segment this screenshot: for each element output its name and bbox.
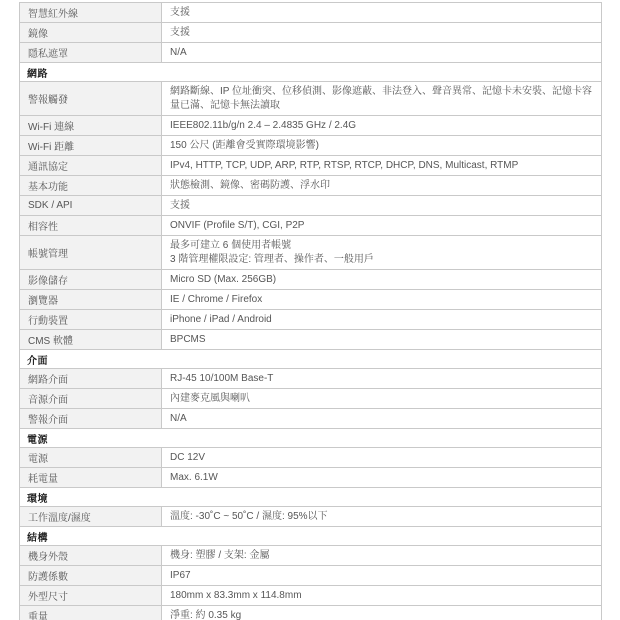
spec-value-line: 網路斷線、IP 位址衝突、位移偵測、影像遮蔽、非法登入、聲音異常、記憶卡未安裝、…: [170, 85, 593, 112]
spec-value-line: 支援: [170, 26, 593, 40]
spec-value: Max. 6.1W: [162, 468, 601, 487]
spec-value-line: 狀態檢測、鏡像、密碼防護、浮水印: [170, 179, 593, 193]
spec-value: RJ-45 10/100M Base-T: [162, 369, 601, 388]
spec-row: 帳號管理 最多可建立 6 個使用者帳號3 階管理權限設定: 管理者、操作者、一般…: [20, 236, 601, 270]
spec-value: IP67: [162, 566, 601, 585]
spec-value-line: 機身: 塑膠 / 支架: 金屬: [170, 549, 593, 563]
spec-label: 防護係數: [20, 566, 162, 585]
spec-value: ONVIF (Profile S/T), CGI, P2P: [162, 216, 601, 235]
spec-row: 警報介面 N/A: [20, 409, 601, 429]
spec-label: 重量: [20, 606, 162, 620]
spec-value-line: 溫度: -30˚C ~ 50˚C / 濕度: 95%以下: [170, 510, 593, 524]
spec-value-line: 150 公尺 (距離會受實際環境影響): [170, 139, 593, 153]
spec-value-line: IEEE802.11b/g/n 2.4 – 2.4835 GHz / 2.4G: [170, 119, 593, 133]
spec-label: 影像儲存: [20, 270, 162, 289]
spec-value: 內建麥克風與喇叭: [162, 389, 601, 408]
spec-value: 支援: [162, 196, 601, 215]
spec-value-line: 支援: [170, 199, 593, 213]
spec-value-line: 最多可建立 6 個使用者帳號: [170, 239, 593, 253]
spec-value: 狀態檢測、鏡像、密碼防護、浮水印: [162, 176, 601, 195]
spec-row: 重量 淨重: 約 0.35 kg: [20, 606, 601, 620]
spec-label: 相容性: [20, 216, 162, 235]
spec-label: 耗電量: [20, 468, 162, 487]
spec-value-line: BPCMS: [170, 333, 593, 347]
spec-row: 防護係數 IP67: [20, 566, 601, 586]
spec-value: 180mm x 83.3mm x 114.8mm: [162, 586, 601, 605]
spec-value: 最多可建立 6 個使用者帳號3 階管理權限設定: 管理者、操作者、一般用戶: [162, 236, 601, 269]
spec-value: 機身: 塑膠 / 支架: 金屬: [162, 546, 601, 565]
spec-label: 智慧紅外線: [20, 3, 162, 22]
spec-label: 隱私遮罩: [20, 43, 162, 62]
spec-label: 機身外殼: [20, 546, 162, 565]
spec-value: N/A: [162, 43, 601, 62]
spec-value-line: 180mm x 83.3mm x 114.8mm: [170, 589, 593, 603]
spec-row: 基本功能 狀態檢測、鏡像、密碼防護、浮水印: [20, 176, 601, 196]
spec-label: Wi-Fi 連線: [20, 116, 162, 135]
spec-section-row: 電源: [20, 429, 601, 448]
spec-page: 智慧紅外線 支援 鏡像 支援 隱私遮罩 N/A 網路 警報觸發 網路斷線、IP …: [0, 0, 620, 620]
spec-section-title: 結構: [27, 529, 48, 544]
spec-label: 瀏覽器: [20, 290, 162, 309]
spec-label: CMS 軟體: [20, 330, 162, 349]
spec-label: 工作溫度/濕度: [20, 507, 162, 526]
spec-section-row: 環境: [20, 488, 601, 507]
spec-label: 警報觸發: [20, 82, 162, 115]
spec-label: 行動裝置: [20, 310, 162, 329]
spec-row: 警報觸發 網路斷線、IP 位址衝突、位移偵測、影像遮蔽、非法登入、聲音異常、記憶…: [20, 82, 601, 116]
spec-row: Wi-Fi 連線 IEEE802.11b/g/n 2.4 – 2.4835 GH…: [20, 116, 601, 136]
spec-row: 機身外殼 機身: 塑膠 / 支架: 金屬: [20, 546, 601, 566]
spec-section-row: 網路: [20, 63, 601, 82]
spec-label: 電源: [20, 448, 162, 467]
spec-value-line: 3 階管理權限設定: 管理者、操作者、一般用戶: [170, 253, 593, 267]
spec-value: 支援: [162, 3, 601, 22]
spec-value: 溫度: -30˚C ~ 50˚C / 濕度: 95%以下: [162, 507, 601, 526]
spec-label: 外型尺寸: [20, 586, 162, 605]
spec-row: 行動裝置 iPhone / iPad / Android: [20, 310, 601, 330]
spec-value: iPhone / iPad / Android: [162, 310, 601, 329]
spec-value-line: N/A: [170, 412, 593, 426]
spec-label: Wi-Fi 距離: [20, 136, 162, 155]
spec-label: SDK / API: [20, 196, 162, 215]
spec-row: Wi-Fi 距離 150 公尺 (距離會受實際環境影響): [20, 136, 601, 156]
spec-value-line: Max. 6.1W: [170, 471, 593, 485]
spec-row: 智慧紅外線 支援: [20, 3, 601, 23]
spec-label: 網路介面: [20, 369, 162, 388]
spec-section-title: 電源: [27, 431, 48, 446]
spec-value-line: 內建麥克風與喇叭: [170, 392, 593, 406]
spec-label: 通訊協定: [20, 156, 162, 175]
spec-row: 鏡像 支援: [20, 23, 601, 43]
spec-value-line: DC 12V: [170, 451, 593, 465]
spec-row: CMS 軟體 BPCMS: [20, 330, 601, 350]
spec-value: 淨重: 約 0.35 kg: [162, 606, 601, 620]
spec-label: 帳號管理: [20, 236, 162, 269]
spec-value: IEEE802.11b/g/n 2.4 – 2.4835 GHz / 2.4G: [162, 116, 601, 135]
spec-value-line: RJ-45 10/100M Base-T: [170, 372, 593, 386]
spec-value: BPCMS: [162, 330, 601, 349]
spec-row: SDK / API 支援: [20, 196, 601, 216]
spec-row: 通訊協定 IPv4, HTTP, TCP, UDP, ARP, RTP, RTS…: [20, 156, 601, 176]
spec-value: IE / Chrome / Firefox: [162, 290, 601, 309]
spec-value-line: N/A: [170, 46, 593, 60]
spec-value-line: IE / Chrome / Firefox: [170, 293, 593, 307]
spec-label: 音源介面: [20, 389, 162, 408]
spec-row: 耗電量 Max. 6.1W: [20, 468, 601, 488]
spec-value: DC 12V: [162, 448, 601, 467]
spec-row: 網路介面 RJ-45 10/100M Base-T: [20, 369, 601, 389]
spec-section-title: 網路: [27, 65, 48, 80]
spec-value: 150 公尺 (距離會受實際環境影響): [162, 136, 601, 155]
spec-label: 基本功能: [20, 176, 162, 195]
spec-value: 網路斷線、IP 位址衝突、位移偵測、影像遮蔽、非法登入、聲音異常、記憶卡未安裝、…: [162, 82, 601, 115]
spec-section-row: 介面: [20, 350, 601, 369]
spec-value-line: 支援: [170, 6, 593, 20]
spec-section-title: 環境: [27, 490, 48, 505]
spec-value-line: Micro SD (Max. 256GB): [170, 273, 593, 287]
spec-row: 工作溫度/濕度 溫度: -30˚C ~ 50˚C / 濕度: 95%以下: [20, 507, 601, 527]
spec-row: 外型尺寸 180mm x 83.3mm x 114.8mm: [20, 586, 601, 606]
spec-value: Micro SD (Max. 256GB): [162, 270, 601, 289]
spec-row: 隱私遮罩 N/A: [20, 43, 601, 63]
spec-row: 音源介面 內建麥克風與喇叭: [20, 389, 601, 409]
spec-section-row: 結構: [20, 527, 601, 546]
spec-row: 影像儲存 Micro SD (Max. 256GB): [20, 270, 601, 290]
spec-row: 相容性 ONVIF (Profile S/T), CGI, P2P: [20, 216, 601, 236]
spec-value-line: 淨重: 約 0.35 kg: [170, 609, 593, 620]
spec-table: 智慧紅外線 支援 鏡像 支援 隱私遮罩 N/A 網路 警報觸發 網路斷線、IP …: [19, 2, 602, 620]
spec-row: 電源 DC 12V: [20, 448, 601, 468]
spec-value: 支援: [162, 23, 601, 42]
spec-label: 警報介面: [20, 409, 162, 428]
spec-value-line: iPhone / iPad / Android: [170, 313, 593, 327]
spec-value: IPv4, HTTP, TCP, UDP, ARP, RTP, RTSP, RT…: [162, 156, 601, 175]
spec-value-line: IP67: [170, 569, 593, 583]
spec-label: 鏡像: [20, 23, 162, 42]
spec-value-line: IPv4, HTTP, TCP, UDP, ARP, RTP, RTSP, RT…: [170, 159, 593, 173]
spec-section-title: 介面: [27, 352, 48, 367]
spec-row: 瀏覽器 IE / Chrome / Firefox: [20, 290, 601, 310]
spec-value-line: ONVIF (Profile S/T), CGI, P2P: [170, 219, 593, 233]
spec-value: N/A: [162, 409, 601, 428]
